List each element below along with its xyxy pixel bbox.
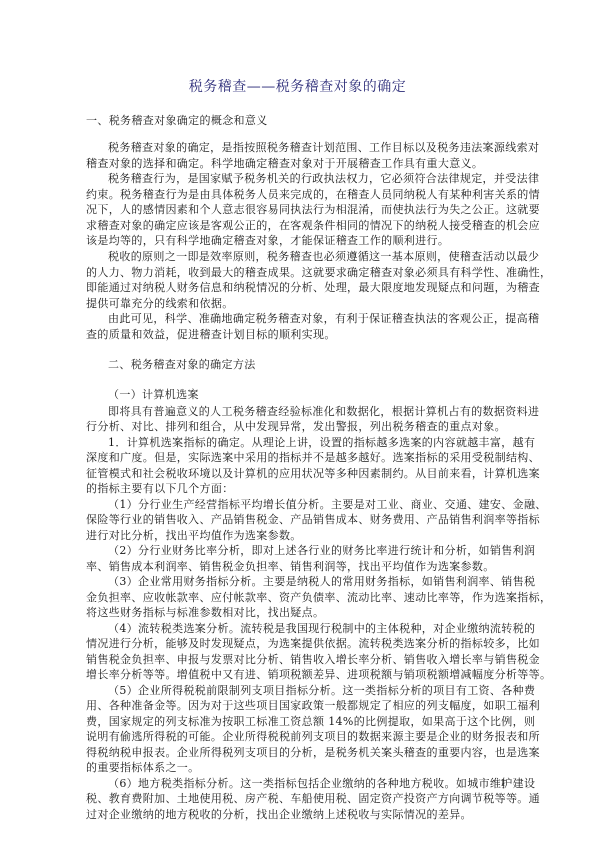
paragraph-line: 进行对比分析，找出平均值作为选案参数。 — [86, 528, 516, 544]
paragraph-line: 该是均等的，只有科学地确定稽查对象，才能保证稽查工作的顺利进行。 — [86, 233, 516, 249]
paragraph-line: 深度和广度。但是，实际选案中采用的指标并不是越多越好。选案指标的采用受税制结构、 — [86, 450, 516, 466]
paragraph-line: 的重要指标体系之一。 — [86, 760, 516, 776]
paragraph-line: 约束。税务稽查行为是由具体税务人员来完成的，在稽查人员同纳税人有某种利害关系的情 — [86, 187, 516, 203]
paragraph-line: 的人力、物力消耗，收到最大的稽查成果。这就要求确定稽查对象必须具有科学性、准确性… — [86, 265, 516, 281]
paragraph-line: 查的质量和效益，促进稽查计划目标的顺利实现。 — [86, 327, 516, 343]
paragraph-line: 况下，人的感情因素和个人意志很容易同执法行为相混淆，而使执法行为失之公正。这就要 — [86, 202, 516, 218]
paragraph-line: 费，国家规定的列支标准为按职工标准工资总额 14%的比例提取，如果高于这个比例，… — [86, 714, 516, 730]
paragraph-line: （6）地方税类指标分析。这一类指标包括企业缴纳的各种地方税收。如城市维护建设 — [108, 776, 516, 792]
paragraph-line: （2）分行业财务比率分析，即对上述各行业的财务比率进行统计和分析，如销售利润 — [108, 543, 516, 559]
paragraph-line: 提供可靠充分的线索和依据。 — [86, 296, 516, 312]
paragraph-line: 稽查对象的选择和确定。科学地确定稽查对象对于开展稽查工作具有重大意义。 — [86, 156, 516, 172]
paragraph-line: 过对企业缴纳的地方税收的分析，找出企业缴纳上述税收与实际情况的差异。 — [86, 807, 516, 823]
paragraph-line: 行分析、对比、排列和组合，从中发现异常，发出警报，列出税务稽查的重点对象。 — [86, 419, 516, 435]
paragraph-line: （5）企业所得税税前限制列支项目指标分析。这一类指标分析的项目有工资、各种费 — [108, 683, 516, 699]
paragraph-line: 税务稽查对象的确定，是指按照税务稽查计划范围、工作目标以及税务违法案源线索对 — [108, 140, 516, 156]
paragraph-line: 即能通过对纳税人财务信息和纳税情况的分析、处理，最大限度地发现疑点和问题，为稽查 — [86, 280, 516, 296]
paragraph-line: 税、教育费附加、土地使用税、房产税、车船使用税、固定资产投资产方向调节税等等。通 — [86, 791, 516, 807]
section-heading: 一、税务稽查对象确定的概念和意义 — [86, 113, 516, 129]
section-heading: 二、税务稽查对象的确定方法 — [108, 357, 538, 373]
paragraph-line: 的指标主要有以下几个方面： — [86, 481, 516, 497]
paragraph-line: 金负担率、应收帐款率、应付帐款率、资产负债率、流动比率、速动比率等，作为选案指标… — [86, 590, 516, 606]
paragraph-line: 即将具有普遍意义的人工税务稽查经验标准化和数据化，根据计算机占有的数据资料进 — [108, 404, 516, 420]
paragraph-line: 说明有偷逃所得税的可能。企业所得税税前列支项目的数据来源主要是企业的财务报表和所 — [86, 729, 516, 745]
paragraph-line: 保险等行业的销售收入、产品销售税金、产品销售成本、财务费用、产品销售利润率等指标 — [86, 512, 516, 528]
paragraph-line: 用、各种准备金等。因为对于这些项目国家政策一般都规定了相应的列支幅度，如职工福利 — [86, 698, 516, 714]
document-title: 税务稽查——税务稽查对象的确定 — [0, 76, 595, 96]
paragraph-line: 增长率分析等等。增值税中又有进、销项税额差异、进项税额与销项税额增减幅度分析等等… — [86, 667, 516, 683]
paragraph-line: 将这些财务指标与标准参数相对比，找出疑点。 — [86, 605, 516, 621]
paragraph-line: 1．计算机选案指标的确定。从理论上讲，设置的指标越多选案的内容就越丰富，越有 — [108, 435, 516, 451]
paragraph-line: （3）企业常用财务指标分析。主要是纳税人的常用财务指标，如销售利润率、销售税 — [108, 574, 516, 590]
paragraph-line: 情况进行分析，能够及时发现疑点，为选案提供依据。流转税类选案分析的指标较多，比如 — [86, 636, 516, 652]
paragraph-line: 求稽查对象的确定应该是客观公正的，在客观条件相同的情况下的纳税人接受稽查的机会应 — [86, 218, 516, 234]
page-number: 1 — [500, 779, 506, 789]
paragraph-line: 率、销售成本利润率、销售税金负担率、销售利润等，找出平均值作为选案参数。 — [86, 559, 516, 575]
document-page: 税务稽查——税务稽查对象的确定 一、税务稽查对象确定的概念和意义税务稽查对象的确… — [0, 0, 595, 841]
paragraph-line: 销售税金负担率、申报与发票对比分析、销售收入增长率分析、销售收入增长率与销售税金 — [86, 652, 516, 668]
paragraph-line: 征管模式和社会税收环境以及计算机的应用状况等多种因素制约。从目前来看，计算机选案 — [86, 466, 516, 482]
paragraph-line: （1）分行业生产经营指标平均增长值分析。主要是对工业、商业、交通、建安、金融、 — [108, 497, 516, 513]
section-heading: （一）计算机选案 — [108, 387, 538, 403]
paragraph-line: （4）流转税类选案分析。流转税是我国现行税制中的主体税种，对企业缴纳流转税的 — [108, 621, 516, 637]
paragraph-line: 税收的原则之一即是效率原则，税务稽查也必须遵循这一基本原则，使稽查活动以最少 — [108, 249, 516, 265]
paragraph-line: 税务稽查行为，是国家赋予税务机关的行政执法权力，它必须符合法律规定，并受法律 — [108, 171, 516, 187]
paragraph-line: 由此可见，科学、准确地确定税务稽查对象，有利于保证稽查执法的客观公正，提高稽 — [108, 311, 516, 327]
paragraph-line: 得税纳税申报表。企业所得税列支项目的分析，是税务机关案头稽查的重要内容，也是选案 — [86, 745, 516, 761]
